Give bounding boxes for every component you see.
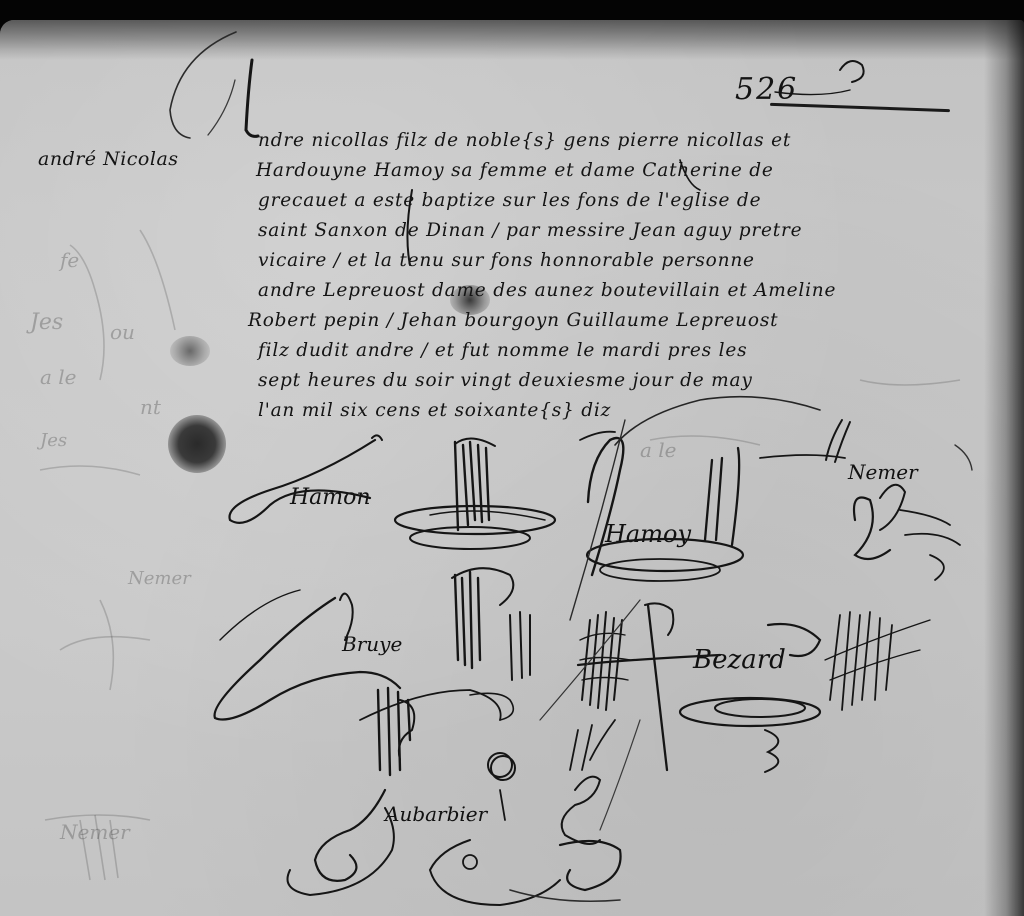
bleed-through-text: Jes bbox=[30, 310, 63, 335]
record-line: vicaire / et la tenu sur fons honnorable… bbox=[258, 252, 755, 271]
record-line: Hardouyne Hamoy sa femme et dame Catheri… bbox=[256, 162, 774, 181]
margin-note-name: andré Nicolas bbox=[38, 148, 179, 170]
record-line: filz dudit andre / et fut nomme le mardi… bbox=[258, 342, 747, 361]
bleed-through-text: ou bbox=[110, 320, 135, 344]
bleed-through-text: a le bbox=[40, 365, 77, 389]
record-line: ndre nicollas filz de noble{s} gens pier… bbox=[258, 132, 791, 151]
bleed-through-text: nt bbox=[140, 395, 161, 419]
signature-hamoy: Hamoy bbox=[605, 520, 691, 548]
signature-bruyere: Bruye bbox=[342, 632, 402, 656]
signature-bezard: Bezard bbox=[693, 645, 786, 675]
bleed-through-text: a le bbox=[640, 438, 677, 462]
ink-blot bbox=[168, 415, 226, 473]
record-line: grecauet a este baptize sur les fons de … bbox=[258, 192, 761, 211]
folio-number: 526 bbox=[735, 72, 798, 107]
ink-smudge bbox=[170, 336, 210, 366]
record-line: andre Lepreuost dame des aunez boutevill… bbox=[258, 282, 836, 301]
record-line: saint Sanxon de Dinan / par messire Jean… bbox=[258, 222, 802, 241]
record-line: l'an mil six cens et soixante{s} diz bbox=[258, 402, 611, 421]
bleed-through-text: Jes bbox=[40, 430, 67, 451]
record-line: sept heures du soir vingt deuxiesme jour… bbox=[258, 372, 753, 391]
signature-aubarbier: Aubarbier bbox=[385, 802, 487, 826]
folio-underline-flourish bbox=[770, 103, 950, 112]
record-line: Robert pepin / Jehan bourgoyn Guillaume … bbox=[248, 312, 778, 331]
signature-nemer: Nemer bbox=[848, 460, 918, 484]
manuscript-page: fe Jes ou a le nt Nemer Nemer Jes a le 5… bbox=[0, 20, 1024, 916]
bleed-through-text: fe bbox=[60, 248, 79, 272]
bleed-through-text: Nemer bbox=[128, 568, 191, 589]
signature-hamon: Hamon bbox=[290, 485, 371, 510]
bleed-through-text: Nemer bbox=[60, 820, 130, 844]
